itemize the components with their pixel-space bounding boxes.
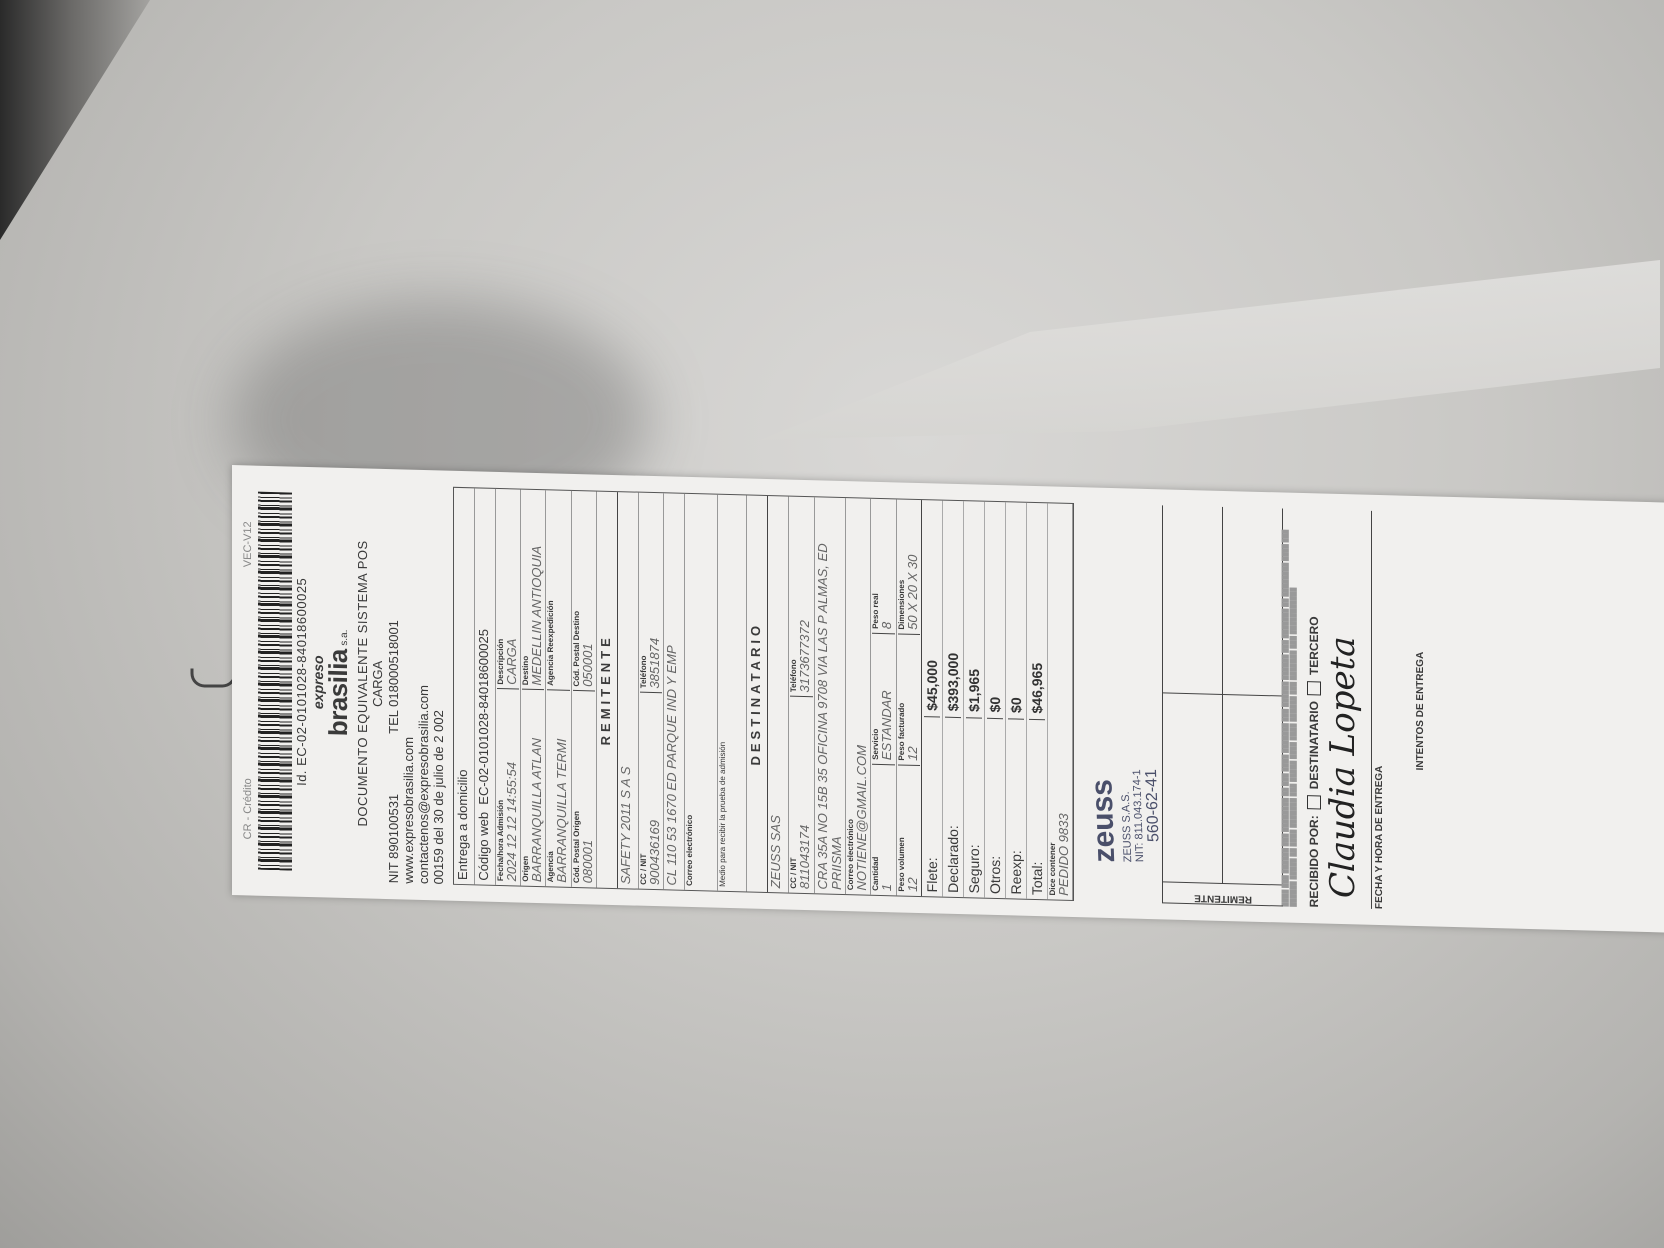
sender-id: 900436169 bbox=[648, 693, 662, 885]
delivery-attempts-label: INTENTOS DE ENTREGA bbox=[1415, 512, 1426, 910]
document-subtitle: CARGA bbox=[370, 485, 385, 883]
sender-phone: 3851874 bbox=[648, 497, 662, 689]
fine-print: ████ ███ ██████ ███ ████████ ██ ███ ████… bbox=[1283, 509, 1299, 907]
real-weight: 8 bbox=[880, 503, 894, 629]
barcode bbox=[258, 492, 292, 871]
dimensions: 50 x 20 x 30 bbox=[906, 504, 920, 630]
sender-name: SAFETY 2011 S A S bbox=[619, 766, 637, 884]
recipient-id: 811043174 bbox=[798, 697, 812, 889]
web-code: EC-02-0101028-84018600025 bbox=[476, 629, 494, 805]
charges-table: Flete:$45,000 Declarado:$393,000 Seguro:… bbox=[922, 500, 1048, 899]
volume-weight: 12 bbox=[906, 766, 920, 892]
third-party-checkbox[interactable] bbox=[1307, 681, 1321, 695]
company-email: contactenos@expresobrasilia.com bbox=[417, 486, 432, 884]
charge-row: Flete:$45,000 bbox=[922, 500, 943, 897]
company-tel: TEL 018000518001 bbox=[386, 620, 401, 734]
background-shadow-corner bbox=[0, 0, 180, 1248]
origin: BARRANQUILLA ATLAN bbox=[530, 690, 544, 882]
charge-row: Reexp:$0 bbox=[1006, 502, 1027, 899]
recipient-checkbox[interactable] bbox=[1307, 795, 1321, 809]
service: ESTANDAR bbox=[880, 634, 894, 760]
sender-address: CL 110 53 1670 ED PARQUE IND Y EMP bbox=[665, 645, 683, 886]
description: CARGA bbox=[505, 493, 519, 685]
admission-date: 2024 12 12 14:55:54 bbox=[505, 690, 519, 882]
shipping-receipt: CR - Crédito VEC-V12 Id. EC-02-0101028-8… bbox=[232, 465, 1664, 933]
destination-postal-code: 050001 bbox=[581, 495, 595, 687]
brand-logo: expreso brasilia s.a. bbox=[311, 483, 351, 882]
charge-row: Otros:$0 bbox=[985, 502, 1006, 899]
recipient-section-title: DESTINATARIO bbox=[748, 500, 766, 888]
version-code: VEC-V12 bbox=[242, 521, 254, 567]
origin-postal-code: 080001 bbox=[581, 692, 595, 884]
contents: PEDIDO 9833 bbox=[1057, 508, 1071, 896]
company-stamp: zeuss ZEUSS S.A.S. NIT: 811.043.174-1 56… bbox=[1076, 504, 1164, 863]
quantity: 1 bbox=[880, 765, 894, 891]
company-nit: NIT 890100531 bbox=[386, 794, 401, 884]
delivery-type: Entrega a domicilio bbox=[455, 769, 473, 880]
recipient-email: NOTIENE@GMAIL.COM bbox=[855, 502, 869, 890]
pen-mark bbox=[191, 669, 237, 688]
recipient-phone: 3173677372 bbox=[798, 501, 812, 693]
sender-signature-box: REMITENTE bbox=[1162, 505, 1283, 906]
received-by: RECIBIDO POR: DESTINATARIO TERCERO bbox=[1307, 509, 1321, 907]
delivery-date-label: FECHA Y HORA DE ENTREGA bbox=[1371, 511, 1385, 909]
shipment-form: Entrega a domicilio Código web EC-02-010… bbox=[453, 487, 1075, 901]
resolution: 00159 del 30 de julio de 2 002 bbox=[432, 486, 447, 884]
destination: MEDELLIN ANTIOQUIA bbox=[530, 494, 544, 686]
agency: BARRANQUILLA TERMI bbox=[555, 691, 569, 883]
barcode-id: Id. EC-02-0101028-84018600025 bbox=[294, 483, 309, 881]
billed-weight: 12 bbox=[906, 635, 920, 761]
payment-type: CR - Crédito bbox=[242, 778, 254, 839]
sender-section-title: REMITENTE bbox=[598, 496, 616, 884]
document-title: DOCUMENTO EQUIVALENTE SISTEMA POS bbox=[355, 484, 370, 882]
recipient-name: ZEUSS SAS bbox=[769, 815, 787, 888]
charge-row: Seguro:$1,965 bbox=[964, 501, 985, 898]
company-web: www.expresobrasilia.com bbox=[402, 485, 417, 883]
charge-total-row: Total:$46,965 bbox=[1027, 503, 1048, 900]
handwritten-signature: Claudia Lopeta bbox=[1323, 510, 1363, 899]
charge-row: Declarado:$393,000 bbox=[943, 501, 964, 898]
background-paper-fold bbox=[760, 260, 1660, 440]
recipient-address: CRA 35A NO 15B 35 OFICINA 9708 VIA LAS P… bbox=[816, 501, 845, 890]
